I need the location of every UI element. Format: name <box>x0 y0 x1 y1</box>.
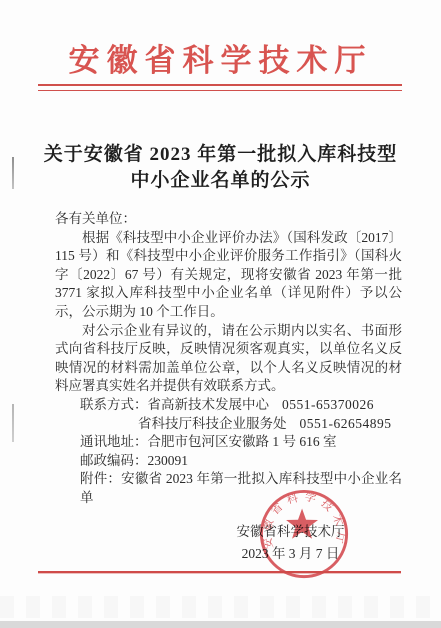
official-seal: 安徽省科学技术厅 <box>257 487 351 581</box>
paragraph-basis: 根据《科技型中小企业评价办法》（国科发政〔2017〕115 号）和《科技型中小企… <box>55 229 402 322</box>
document-body: 各有关单位： 根据《科技型中小企业评价办法》（国科发政〔2017〕115 号）和… <box>55 210 402 508</box>
contact-org-2: 省科技厅科技企业服务处 <box>138 416 287 431</box>
scan-artifact-mark <box>12 404 14 442</box>
page-bleed-through <box>0 596 441 618</box>
postcode-label: 邮政编码： <box>80 453 148 468</box>
contact-phone-1: 0551-65370026 <box>282 397 374 412</box>
letterhead-double-rule <box>38 84 402 91</box>
document-title: 关于安徽省 2023 年第一批拟入库科技型 中小企业名单的公示 <box>0 142 441 194</box>
document-title-line1: 关于安徽省 2023 年第一批拟入库科技型 <box>0 142 441 168</box>
scanned-official-document: 安徽省科学技术厅 关于安徽省 2023 年第一批拟入库科技型 中小企业名单的公示… <box>0 0 441 628</box>
contact-phone-2: 0551-62654895 <box>300 416 392 431</box>
paragraph-objection: 对公示企业有异议的，请在公示期内以实名、书面形式向省科技厅反映，反映情况须客观真… <box>55 322 402 396</box>
postcode-value: 230091 <box>148 453 189 468</box>
address-line: 通讯地址：合肥市包河区安徽路 1 号 616 室 <box>55 433 402 452</box>
scan-edge-strip <box>0 621 441 628</box>
contact-line-2: 省科技厅科技企业服务处0551-62654895 <box>55 415 402 434</box>
address-label: 通讯地址： <box>80 434 148 449</box>
contact-line-1: 联系方式：省高新技术发展中心0551-65370026 <box>55 396 402 415</box>
contact-org-1: 省高新技术发展中心 <box>148 397 270 412</box>
salutation: 各有关单位： <box>55 210 402 229</box>
letterhead-agency-name: 安徽省科学技术厅 <box>0 44 441 78</box>
footer-rule <box>38 571 401 573</box>
address-value: 合肥市包河区安徽路 1 号 616 室 <box>148 434 337 449</box>
contact-label: 联系方式： <box>80 397 148 412</box>
postcode-line: 邮政编码：230091 <box>55 452 402 471</box>
seal-star-icon <box>286 509 318 539</box>
document-title-line2: 中小企业名单的公示 <box>0 168 441 194</box>
